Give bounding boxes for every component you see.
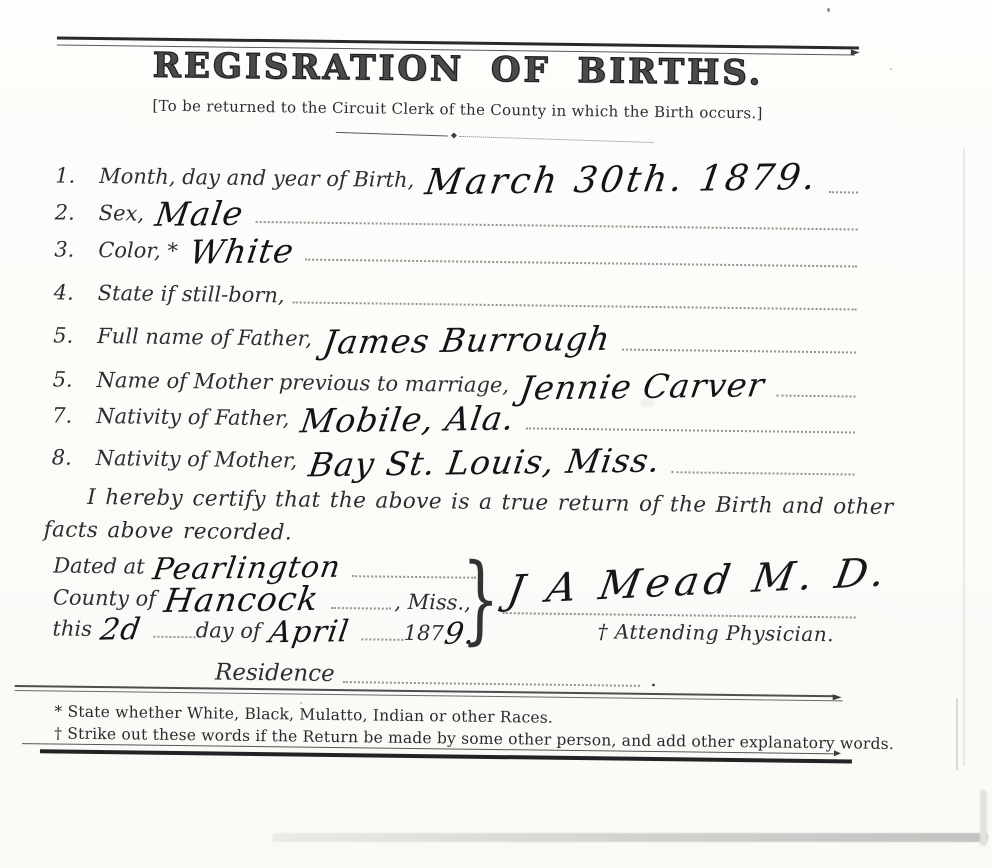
dotted-line — [671, 471, 854, 475]
scan-smudge — [272, 833, 988, 842]
field-label: State if still-born, — [98, 283, 293, 306]
day-handwritten: 2d — [95, 615, 156, 646]
field-number: 1. — [55, 165, 99, 187]
dotted-line — [305, 259, 857, 268]
rule-arrow-icon — [833, 694, 842, 700]
signature-caption: † Attending Physician. — [597, 619, 834, 646]
ornamental-divider: ◆ — [336, 126, 654, 148]
field-value-handwritten: James Burrough — [317, 322, 625, 359]
divider-line — [336, 131, 448, 136]
residence-label: Residence — [215, 661, 343, 686]
field-row-birth-date: 1. Month, day and year of Birth, March 3… — [55, 155, 858, 196]
divider-ornament-icon: ◆ — [451, 132, 457, 140]
field-value-handwritten: Bay St. Louis, Miss. — [302, 443, 674, 481]
field-number: 2. — [55, 202, 99, 224]
field-row-color: 3. Color, * White — [54, 232, 857, 270]
form-title: REGISRATION OF BIRTHS. — [56, 44, 859, 94]
dotted-line — [361, 638, 404, 641]
dotted-line — [343, 681, 641, 687]
field-value-handwritten: Male — [149, 197, 258, 231]
dotted-line — [829, 191, 858, 193]
dotted-line — [622, 349, 856, 354]
field-row-stillborn: 4. State if still-born, — [54, 282, 857, 313]
form-subtitle: [To be returned to the Circuit Clerk of … — [56, 95, 859, 123]
physician-signature-handwritten: J A Mead M. D. — [504, 550, 893, 614]
field-value-handwritten: White — [183, 234, 308, 269]
field-row-father-name: 5. Full name of Father, James Burrough — [53, 318, 856, 356]
scan-page-edge — [980, 790, 987, 846]
residence-row: Residence . — [215, 661, 657, 690]
signature-dotted-line — [503, 612, 856, 618]
dotted-line — [776, 395, 855, 398]
scanned-birth-registration-document: REGISRATION OF BIRTHS. [To be returned t… — [0, 0, 992, 868]
divider-line — [460, 135, 654, 142]
footnote-race: * State whether White, Black, Mulatto, I… — [54, 702, 553, 726]
field-label: Nativity of Mother, — [96, 448, 306, 472]
dated-at-label: Dated at — [53, 555, 150, 577]
scan-speckle — [300, 702, 302, 704]
dotted-line — [526, 427, 855, 433]
field-number: 8. — [52, 447, 96, 469]
county-row: County of Hancock , Miss., — [53, 580, 476, 613]
scan-speckle — [890, 68, 892, 70]
field-value-handwritten: Mobile, Ala. — [294, 401, 529, 437]
field-label: Month, day and year of Birth, — [99, 166, 422, 191]
curly-brace: } — [461, 551, 500, 647]
month-handwritten: April — [263, 617, 363, 648]
field-row-sex: 2. Sex, Male — [55, 195, 858, 233]
field-number: 5. — [53, 325, 97, 347]
field-label: Full name of Father, — [97, 326, 320, 350]
scan-speckle — [827, 8, 830, 12]
dotted-line — [153, 636, 196, 639]
field-label: Color, * — [98, 240, 186, 262]
year-printed: 187 — [404, 623, 449, 645]
dotted-line — [256, 221, 858, 231]
dotted-line — [330, 607, 390, 610]
county-handwritten: Hancock — [158, 582, 333, 617]
field-number: 3. — [54, 239, 98, 261]
field-row-mother-nativity: 8. Nativity of Mother, Bay St. Louis, Mi… — [52, 440, 855, 478]
this-label: this — [52, 618, 97, 640]
field-label: Nativity of Father, — [96, 406, 297, 430]
dotted-line — [352, 575, 476, 579]
date-row: this 2d day of April 187 9. — [52, 614, 475, 644]
field-value-handwritten: March 30th. 1879. — [419, 160, 833, 201]
dotted-line — [292, 301, 856, 310]
day-of-label: day of — [196, 620, 266, 642]
certification-text-line2: facts above recorded. — [44, 517, 293, 545]
certification-text-line1: I hereby certify that the above is a tru… — [87, 485, 894, 520]
field-label: Name of Mother previous to marriage, — [97, 370, 518, 396]
county-label: County of — [53, 587, 161, 609]
dated-at-row: Dated at Pearlington — [53, 551, 476, 581]
field-number: 4. — [54, 282, 98, 304]
scan-edge-line — [963, 148, 965, 766]
residence-end-mark: . — [640, 669, 657, 690]
scan-edge-line — [956, 698, 958, 770]
document-content: REGISRATION OF BIRTHS. [To be returned t… — [0, 0, 992, 868]
field-number: 7. — [52, 405, 96, 427]
scan-speckle — [640, 398, 654, 407]
field-label: Sex, — [99, 203, 153, 225]
field-number: 5. — [53, 369, 97, 391]
rule-arrow-icon — [834, 750, 841, 756]
field-row-mother-name: 5. Name of Mother previous to marriage, … — [53, 362, 856, 400]
